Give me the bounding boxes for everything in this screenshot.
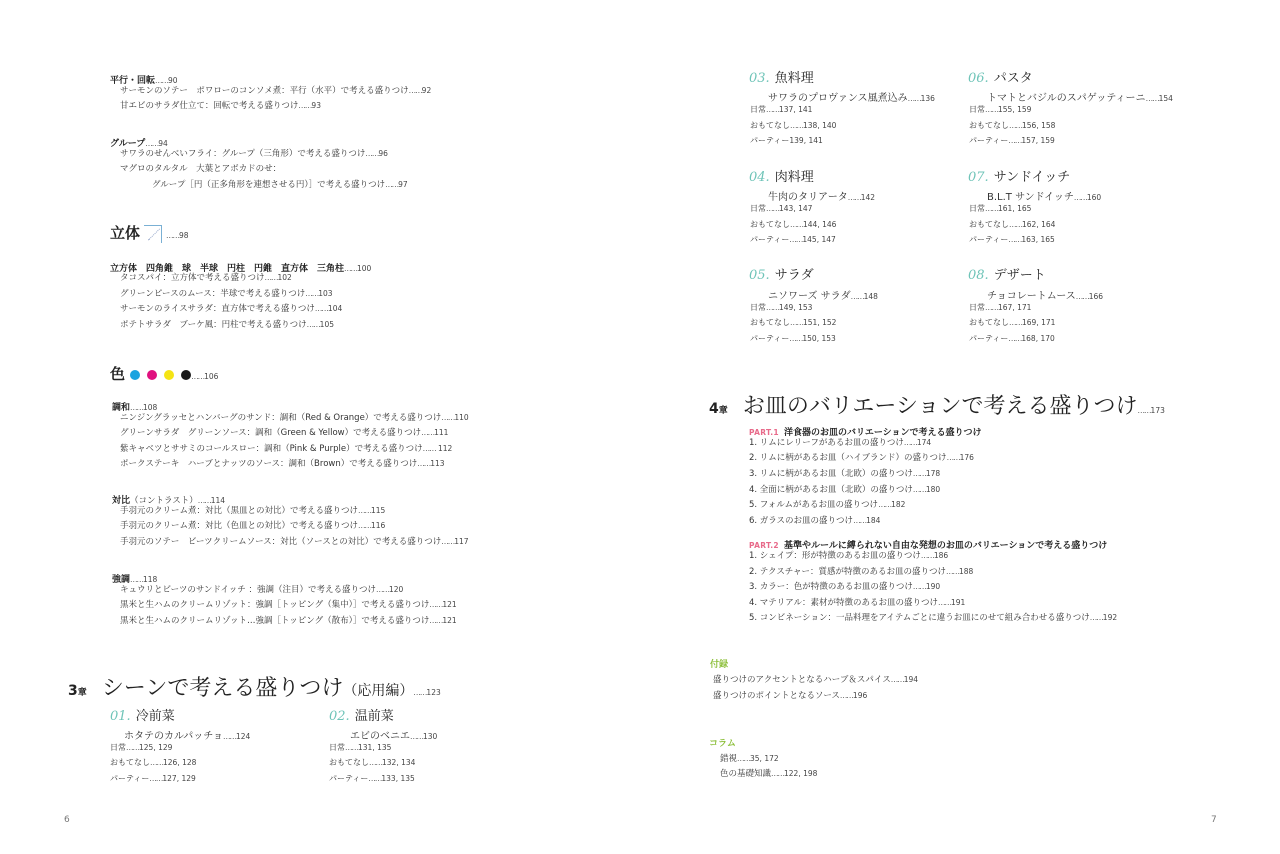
page-number-right: 7 bbox=[1211, 815, 1217, 825]
category-recipe[interactable]: ニソワーズ サラダ148 bbox=[768, 284, 878, 303]
category-08[interactable]: 08. デザート bbox=[968, 264, 1046, 283]
right-page: 03. 魚料理 サワラのプロヴァンス風煮込み136 日常137, 141 おもて… bbox=[640, 0, 1280, 854]
scene-line[interactable]: 日常143, 147 bbox=[750, 203, 812, 214]
section-title-rittai[interactable]: 立体98 bbox=[110, 222, 189, 243]
scene-line[interactable]: 日常167, 171 bbox=[969, 302, 1031, 313]
toc-item[interactable]: キュウリとビーツのサンドイッチ ：強調（注目）で考える盛りつけ120 bbox=[120, 583, 403, 595]
left-page: 平行・回転90 サーモンのソテー ポワローのコンソメ煮：平行（水平）で考える盛り… bbox=[0, 0, 640, 854]
scene-line[interactable]: 日常155, 159 bbox=[969, 104, 1031, 115]
category-02[interactable]: 02. 温前菜 bbox=[329, 705, 394, 724]
category-recipe[interactable]: トマトとバジルのスパゲッティーニ154 bbox=[987, 86, 1173, 105]
scene-line[interactable]: パーティー157, 159 bbox=[969, 135, 1055, 146]
scene-line[interactable]: パーティー133, 135 bbox=[329, 773, 415, 784]
toc-item[interactable]: グループ［円（正多角形を連想させる円）］で考える盛りつけ97 bbox=[152, 178, 408, 190]
toc-item[interactable]: 5. フォルムがあるお皿の盛りつけ182 bbox=[749, 498, 905, 510]
scene-line[interactable]: 日常125, 129 bbox=[110, 742, 172, 753]
page-number-left: 6 bbox=[64, 815, 70, 825]
scene-line[interactable]: おもてなし132, 134 bbox=[329, 757, 415, 768]
toc-item[interactable]: サーモンのソテー ポワローのコンソメ煮：平行（水平）で考える盛りつけ92 bbox=[120, 84, 431, 96]
toc-item[interactable]: 3. カラー：色が特徴のあるお皿の盛りつけ190 bbox=[749, 580, 940, 592]
yellow-dot-icon bbox=[164, 370, 174, 380]
category-recipe[interactable]: B.L.T サンドイッチ160 bbox=[987, 185, 1101, 204]
scene-line[interactable]: パーティー150, 153 bbox=[750, 333, 836, 344]
toc-item[interactable]: 錯視35, 172 bbox=[720, 752, 779, 764]
chapter-4-heading[interactable]: 4章 お皿のバリエーションで考える盛りつけ173 bbox=[709, 389, 1165, 420]
section-title-iro[interactable]: 色 106 bbox=[110, 363, 218, 384]
cube-icon bbox=[144, 225, 162, 243]
cyan-dot-icon bbox=[130, 370, 140, 380]
scene-line[interactable]: 日常131, 135 bbox=[329, 742, 391, 753]
toc-item[interactable]: 紫キャベツとササミのコールスロー：調和（Pink & Purple）で考える盛り… bbox=[120, 442, 452, 454]
scene-line[interactable]: パーティー163, 165 bbox=[969, 234, 1055, 245]
toc-item[interactable]: タコスパイ：立方体で考える盛りつけ102 bbox=[120, 271, 292, 283]
scene-line[interactable]: パーティー127, 129 bbox=[110, 773, 196, 784]
toc-item[interactable]: ニンジングラッセとハンバーグのサンド：調和（Red & Orange）で考える盛… bbox=[120, 411, 469, 423]
toc-item[interactable]: 色の基礎知識122, 198 bbox=[720, 767, 817, 779]
toc-item[interactable]: グリーンピースのムース：半球で考える盛りつけ103 bbox=[120, 287, 333, 299]
scene-line[interactable]: おもてなし138, 140 bbox=[750, 120, 836, 131]
chapter-3-heading[interactable]: 3章 シーンで考える盛りつけ（応用編）123 bbox=[68, 671, 441, 702]
category-recipe[interactable]: 牛肉のタリアータ142 bbox=[768, 185, 875, 204]
scene-line[interactable]: 日常149, 153 bbox=[750, 302, 812, 313]
toc-item[interactable]: 甘エビのサラダ仕立て：回転で考える盛りつけ93 bbox=[120, 99, 321, 111]
category-07[interactable]: 07. サンドイッチ bbox=[968, 166, 1070, 185]
category-03[interactable]: 03. 魚料理 bbox=[749, 67, 814, 86]
toc-item[interactable]: 盛りつけのポイントとなるソース196 bbox=[713, 689, 867, 701]
toc-item[interactable]: グリーンサラダ グリーンソース：調和（Green & Yellow）で考える盛り… bbox=[120, 426, 448, 438]
category-recipe[interactable]: チョコレートムース166 bbox=[987, 284, 1103, 303]
scene-line[interactable]: おもてなし151, 152 bbox=[750, 317, 836, 328]
toc-item[interactable]: 6. ガラスのお皿の盛りつけ184 bbox=[749, 514, 880, 526]
toc-item[interactable]: 盛りつけのアクセントとなるハーブ＆スパイス194 bbox=[713, 673, 918, 685]
toc-item[interactable]: 4. 全面に柄があるお皿（北欧）の盛りつけ180 bbox=[749, 483, 940, 495]
category-01[interactable]: 01. 冷前菜 bbox=[110, 705, 175, 724]
scene-line[interactable]: おもてなし144, 146 bbox=[750, 219, 836, 230]
scene-line[interactable]: おもてなし156, 158 bbox=[969, 120, 1055, 131]
scene-line[interactable]: 日常137, 141 bbox=[750, 104, 812, 115]
category-recipe[interactable]: エビのベニエ130 bbox=[350, 724, 437, 743]
magenta-dot-icon bbox=[147, 370, 157, 380]
column-heading: コラム bbox=[709, 736, 736, 749]
scene-line[interactable]: パーティー168, 170 bbox=[969, 333, 1055, 344]
scene-line[interactable]: 日常161, 165 bbox=[969, 203, 1031, 214]
black-dot-icon bbox=[181, 370, 191, 380]
category-06[interactable]: 06. パスタ bbox=[968, 67, 1033, 86]
scene-line[interactable]: パーティー139, 141 bbox=[750, 135, 823, 146]
category-recipe[interactable]: ホタテのカルパッチョ124 bbox=[124, 724, 250, 743]
toc-item[interactable]: 4. マテリアル：素材が特徴のあるお皿の盛りつけ191 bbox=[749, 596, 965, 608]
appendix-heading: 付録 bbox=[710, 657, 728, 670]
category-04[interactable]: 04. 肉料理 bbox=[749, 166, 814, 185]
toc-item[interactable]: 5. コンビネーション：一品料理をアイテムごとに違うお皿にのせて組み合わせる盛り… bbox=[749, 611, 1117, 623]
category-05[interactable]: 05. サラダ bbox=[749, 264, 814, 283]
toc-item[interactable]: サーモンのライスサラダ：直方体で考える盛りつけ104 bbox=[120, 302, 342, 314]
toc-item[interactable]: 3. リムに柄があるお皿（北欧）の盛りつけ178 bbox=[749, 467, 940, 479]
scene-line[interactable]: パーティー145, 147 bbox=[750, 234, 836, 245]
scene-line[interactable]: おもてなし162, 164 bbox=[969, 219, 1055, 230]
category-recipe[interactable]: サワラのプロヴァンス風煮込み136 bbox=[768, 86, 935, 105]
toc-item[interactable]: 手羽元のクリーム煮：対比（色皿との対比）で考える盛りつけ116 bbox=[120, 519, 385, 531]
toc-item[interactable]: 手羽元のクリーム煮：対比（黒皿との対比）で考える盛りつけ115 bbox=[120, 504, 385, 516]
toc-item[interactable]: ポテトサラダ ブーケ風：円柱で考える盛りつけ105 bbox=[120, 318, 334, 330]
toc-item[interactable]: 黒米と生ハムのクリームリゾット：強調［トッピング（集中）］で考える盛りつけ121 bbox=[120, 598, 457, 610]
toc-item[interactable]: 手羽元のソテー ビーツクリームソース：対比（ソースとの対比）で考える盛りつけ11… bbox=[120, 535, 469, 547]
toc-item[interactable]: サワラのせんべいフライ：グループ（三角形）で考える盛りつけ96 bbox=[120, 147, 388, 159]
toc-item[interactable]: 2. テクスチャー：質感が特徴のあるお皿の盛りつけ188 bbox=[749, 565, 973, 577]
toc-item[interactable]: 1. リムにレリーフがあるお皿の盛りつけ174 bbox=[749, 436, 931, 448]
toc-item[interactable]: 1. シェイプ：形が特徴のあるお皿の盛りつけ186 bbox=[749, 549, 948, 561]
scene-line[interactable]: おもてなし169, 171 bbox=[969, 317, 1055, 328]
toc-item[interactable]: 2. リムに柄があるお皿（ハイブランド）の盛りつけ176 bbox=[749, 451, 974, 463]
toc-item[interactable]: ポークステーキ ハーブとナッツのソース：調和（Brown）で考える盛りつけ113 bbox=[120, 457, 445, 469]
toc-item: マグロのタルタル 大葉とアボカドのせ： bbox=[120, 162, 281, 174]
scene-line[interactable]: おもてなし126, 128 bbox=[110, 757, 196, 768]
toc-item[interactable]: 黒米と生ハムのクリームリゾット…強調［トッピング（散布）］で考える盛りつけ121 bbox=[120, 614, 457, 626]
